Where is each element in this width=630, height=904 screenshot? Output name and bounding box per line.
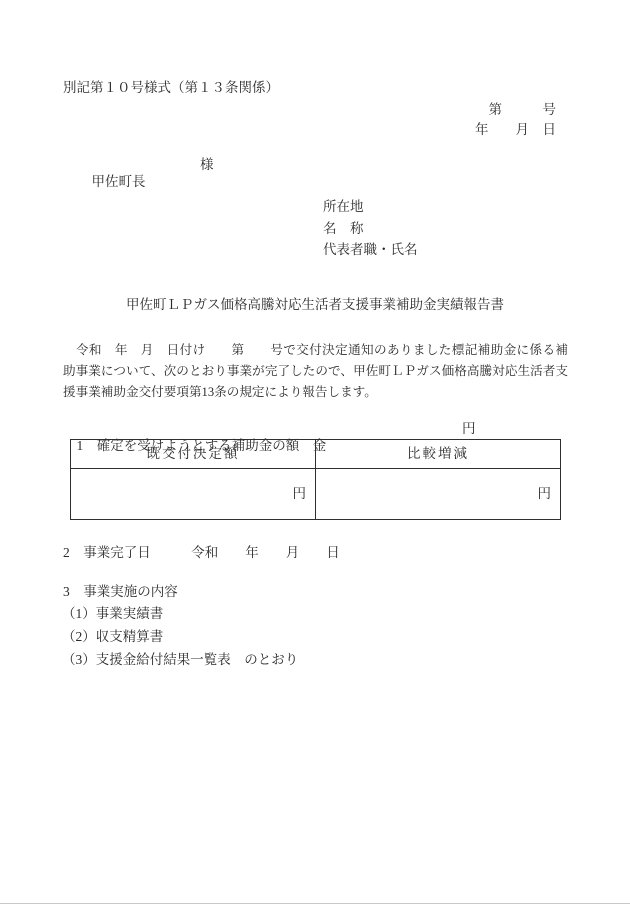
section3-item-business-report: （1）事業実績書 [62, 606, 163, 623]
form-number-label: 別記第１０号様式（第１３条関係） [63, 80, 279, 97]
table-cell-comparison-change: 円 [316, 469, 561, 520]
sender-address-label: 所在地 [323, 199, 364, 216]
section2-completion-date-line: 2 事業完了日 令和 年 月 日 [63, 545, 340, 562]
document-number-line: 第 号 [489, 102, 557, 119]
subsidy-amount-table: 既交付決定額 比較増減 円 円 [70, 439, 561, 520]
document-title: 甲佐町ＬＰガス価格高騰対応生活者支援事業補助金実績報告書 [0, 297, 630, 314]
body-paragraph-line: 援事業補助金交付要項第13条の規定により報告します。 [63, 382, 568, 403]
table-cell-paid-decided-amount: 円 [71, 469, 316, 520]
section3-heading: 3 事業実施の内容 [63, 584, 178, 601]
section1-currency-unit: 円 [462, 421, 476, 438]
table-value-row: 円 円 [71, 469, 561, 520]
table-header-row: 既交付決定額 比較増減 [71, 440, 561, 469]
body-paragraph: 令和 年 月 日付け 第 号で交付決定通知のありました標記補助金に係る補 助事業… [63, 340, 568, 403]
table-header-paid-decided-amount: 既交付決定額 [71, 440, 316, 469]
addressee-line: 甲佐町長 様 [78, 157, 498, 225]
yen-unit-label: 円 [293, 486, 307, 501]
addressee-name: 甲佐町長 [92, 174, 146, 189]
addressee-honorific: 様 [200, 157, 214, 174]
section3-item-payment-result-list: （3）支援金給付結果一覧表 のとおり [62, 652, 298, 669]
sender-representative-label: 代表者職・氏名 [323, 242, 418, 259]
body-paragraph-line: 助事業について、次のとおり事業が完了したので、甲佐町ＬＰガス価格高騰対応生活者支 [63, 361, 568, 382]
section3-item-settlement-statement: （2）収支精算書 [62, 629, 163, 646]
document-page: 別記第１０号様式（第１３条関係） 第 号 年 月 日 甲佐町長 様 所在地 名 … [0, 0, 630, 904]
table-header-comparison-change: 比較増減 [316, 440, 561, 469]
sender-name-label: 名 称 [323, 221, 364, 238]
document-date-line: 年 月 日 [475, 122, 556, 139]
yen-unit-label: 円 [538, 486, 552, 501]
body-paragraph-line: 令和 年 月 日付け 第 号で交付決定通知のありました標記補助金に係る補 [63, 340, 568, 361]
